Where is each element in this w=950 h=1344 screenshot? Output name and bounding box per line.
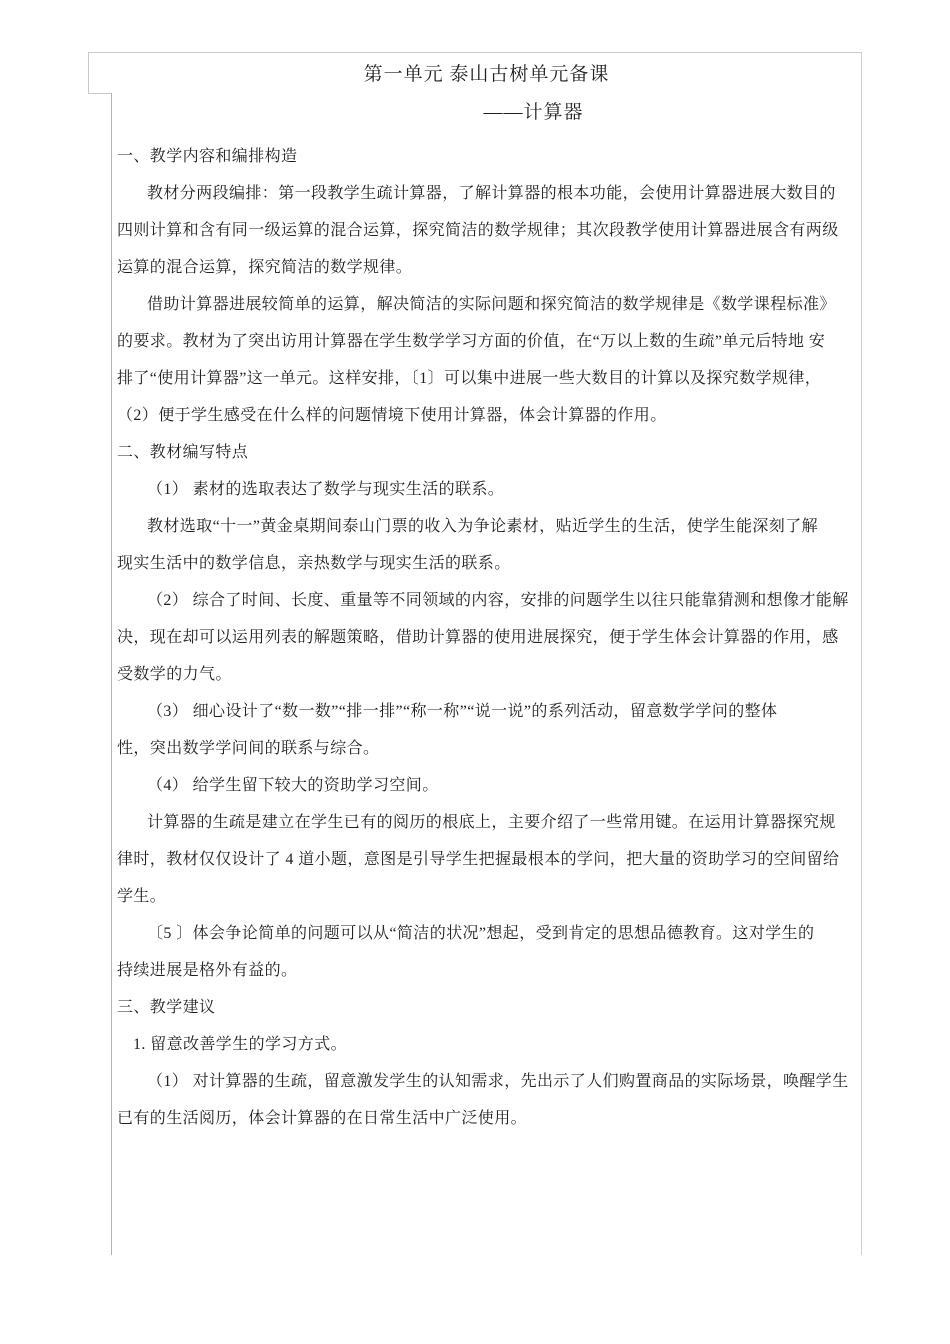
text-line: 决，现在却可以运用列表的解题策略，借助计算器的使用进展探究，便于学生体会计算器的… [117,619,856,656]
text-line: 律时，教材仅仅设计了 4 道小题，意图是引导学生把握最根本的学问，把大量的资助学… [117,841,856,878]
text-line: （2）便于学生感受在什么样的问题情境下使用计算器，体会计算器的作用。 [117,397,856,434]
table-border-left-jog [88,93,112,94]
text-line: 学生。 [117,878,856,915]
text-line: 的要求。教材为了突出访用计算器在学生数学学习方面的价值，在“万以上数的生疏”单元… [117,323,856,360]
page-title: 第一单元 泰山古树单元备课 [117,58,856,92]
text-line: 运算的混合运算，探究简洁的数学规律。 [117,249,856,286]
text-line: （1） 素材的选取表达了数学与现实生活的联系。 [117,471,856,508]
table-border-left-upper [88,52,89,94]
text-line: 二、教材编写特点 [117,434,856,471]
text-line: 现实生活中的数学信息，亲热数学与现实生活的联系。 [117,545,856,582]
table-border-left [111,93,112,1255]
text-line: 〔5 〕体会争论简单的问题可以从“简洁的状况”想起，受到肯定的思想品德教育。这对… [117,915,856,952]
page-subtitle: ——计算器 [117,96,856,130]
text-line: 教材选取“十一”黄金桌期间泰山门票的收入为争论素材，贴近学生的生活，使学生能深刻… [117,508,856,545]
text-line: 计算器的生疏是建立在学生已有的阅历的根底上，主要介绍了一些常用键。在运用计算器探… [117,804,856,841]
document-header: 第一单元 泰山古树单元备课 ——计算器 [117,58,856,130]
text-line: 性，突出数学学问间的联系与综合。 [117,730,856,767]
document-body: 一、教学内容和编排构造教材分两段编排：第一段教学生疏计算器，了解计算器的根本功能… [117,138,856,1137]
text-line: （2） 综合了时间、长度、重量等不同领域的内容，安排的问题学生以往只能靠猜测和想… [117,582,856,619]
text-line: 一、教学内容和编排构造 [117,138,856,175]
text-line: 借助计算器进展较简单的运算，解决简洁的实际问题和探究简洁的数学规律是《数学课程标… [117,286,856,323]
text-line: （4） 给学生留下较大的资助学习空间。 [117,767,856,804]
text-line: 排了“使用计算器”这一单元。这样安排，〔1〕可以集中进展一些大数目的计算以及探究… [117,360,856,397]
table-border-right [861,52,862,1255]
document-page: 第一单元 泰山古树单元备课 ——计算器 一、教学内容和编排构造教材分两段编排：第… [0,0,950,1344]
text-line: （1） 对计算器的生疏，留意激发学生的认知需求，先出示了人们购置商品的实际场景，… [117,1063,856,1100]
text-line: 持续进展是格外有益的。 [117,952,856,989]
text-line: 1. 留意改善学生的学习方式。 [117,1026,856,1063]
text-line: 已有的生活阅历，体会计算器的在日常生活中广泛使用。 [117,1100,856,1137]
text-line: 教材分两段编排：第一段教学生疏计算器，了解计算器的根本功能，会使用计算器进展大数… [117,175,856,212]
text-line: 三、教学建议 [117,989,856,1026]
text-line: 四则计算和含有同一级运算的混合运算，探究简洁的数学规律；其次段教学使用计算器进展… [117,212,856,249]
text-line: 受数学的力气。 [117,656,856,693]
text-line: （3） 细心设计了“数一数”“排一排”“称一称”“说一说”的系列活动，留意数学学… [117,693,856,730]
table-border-top [88,52,861,53]
